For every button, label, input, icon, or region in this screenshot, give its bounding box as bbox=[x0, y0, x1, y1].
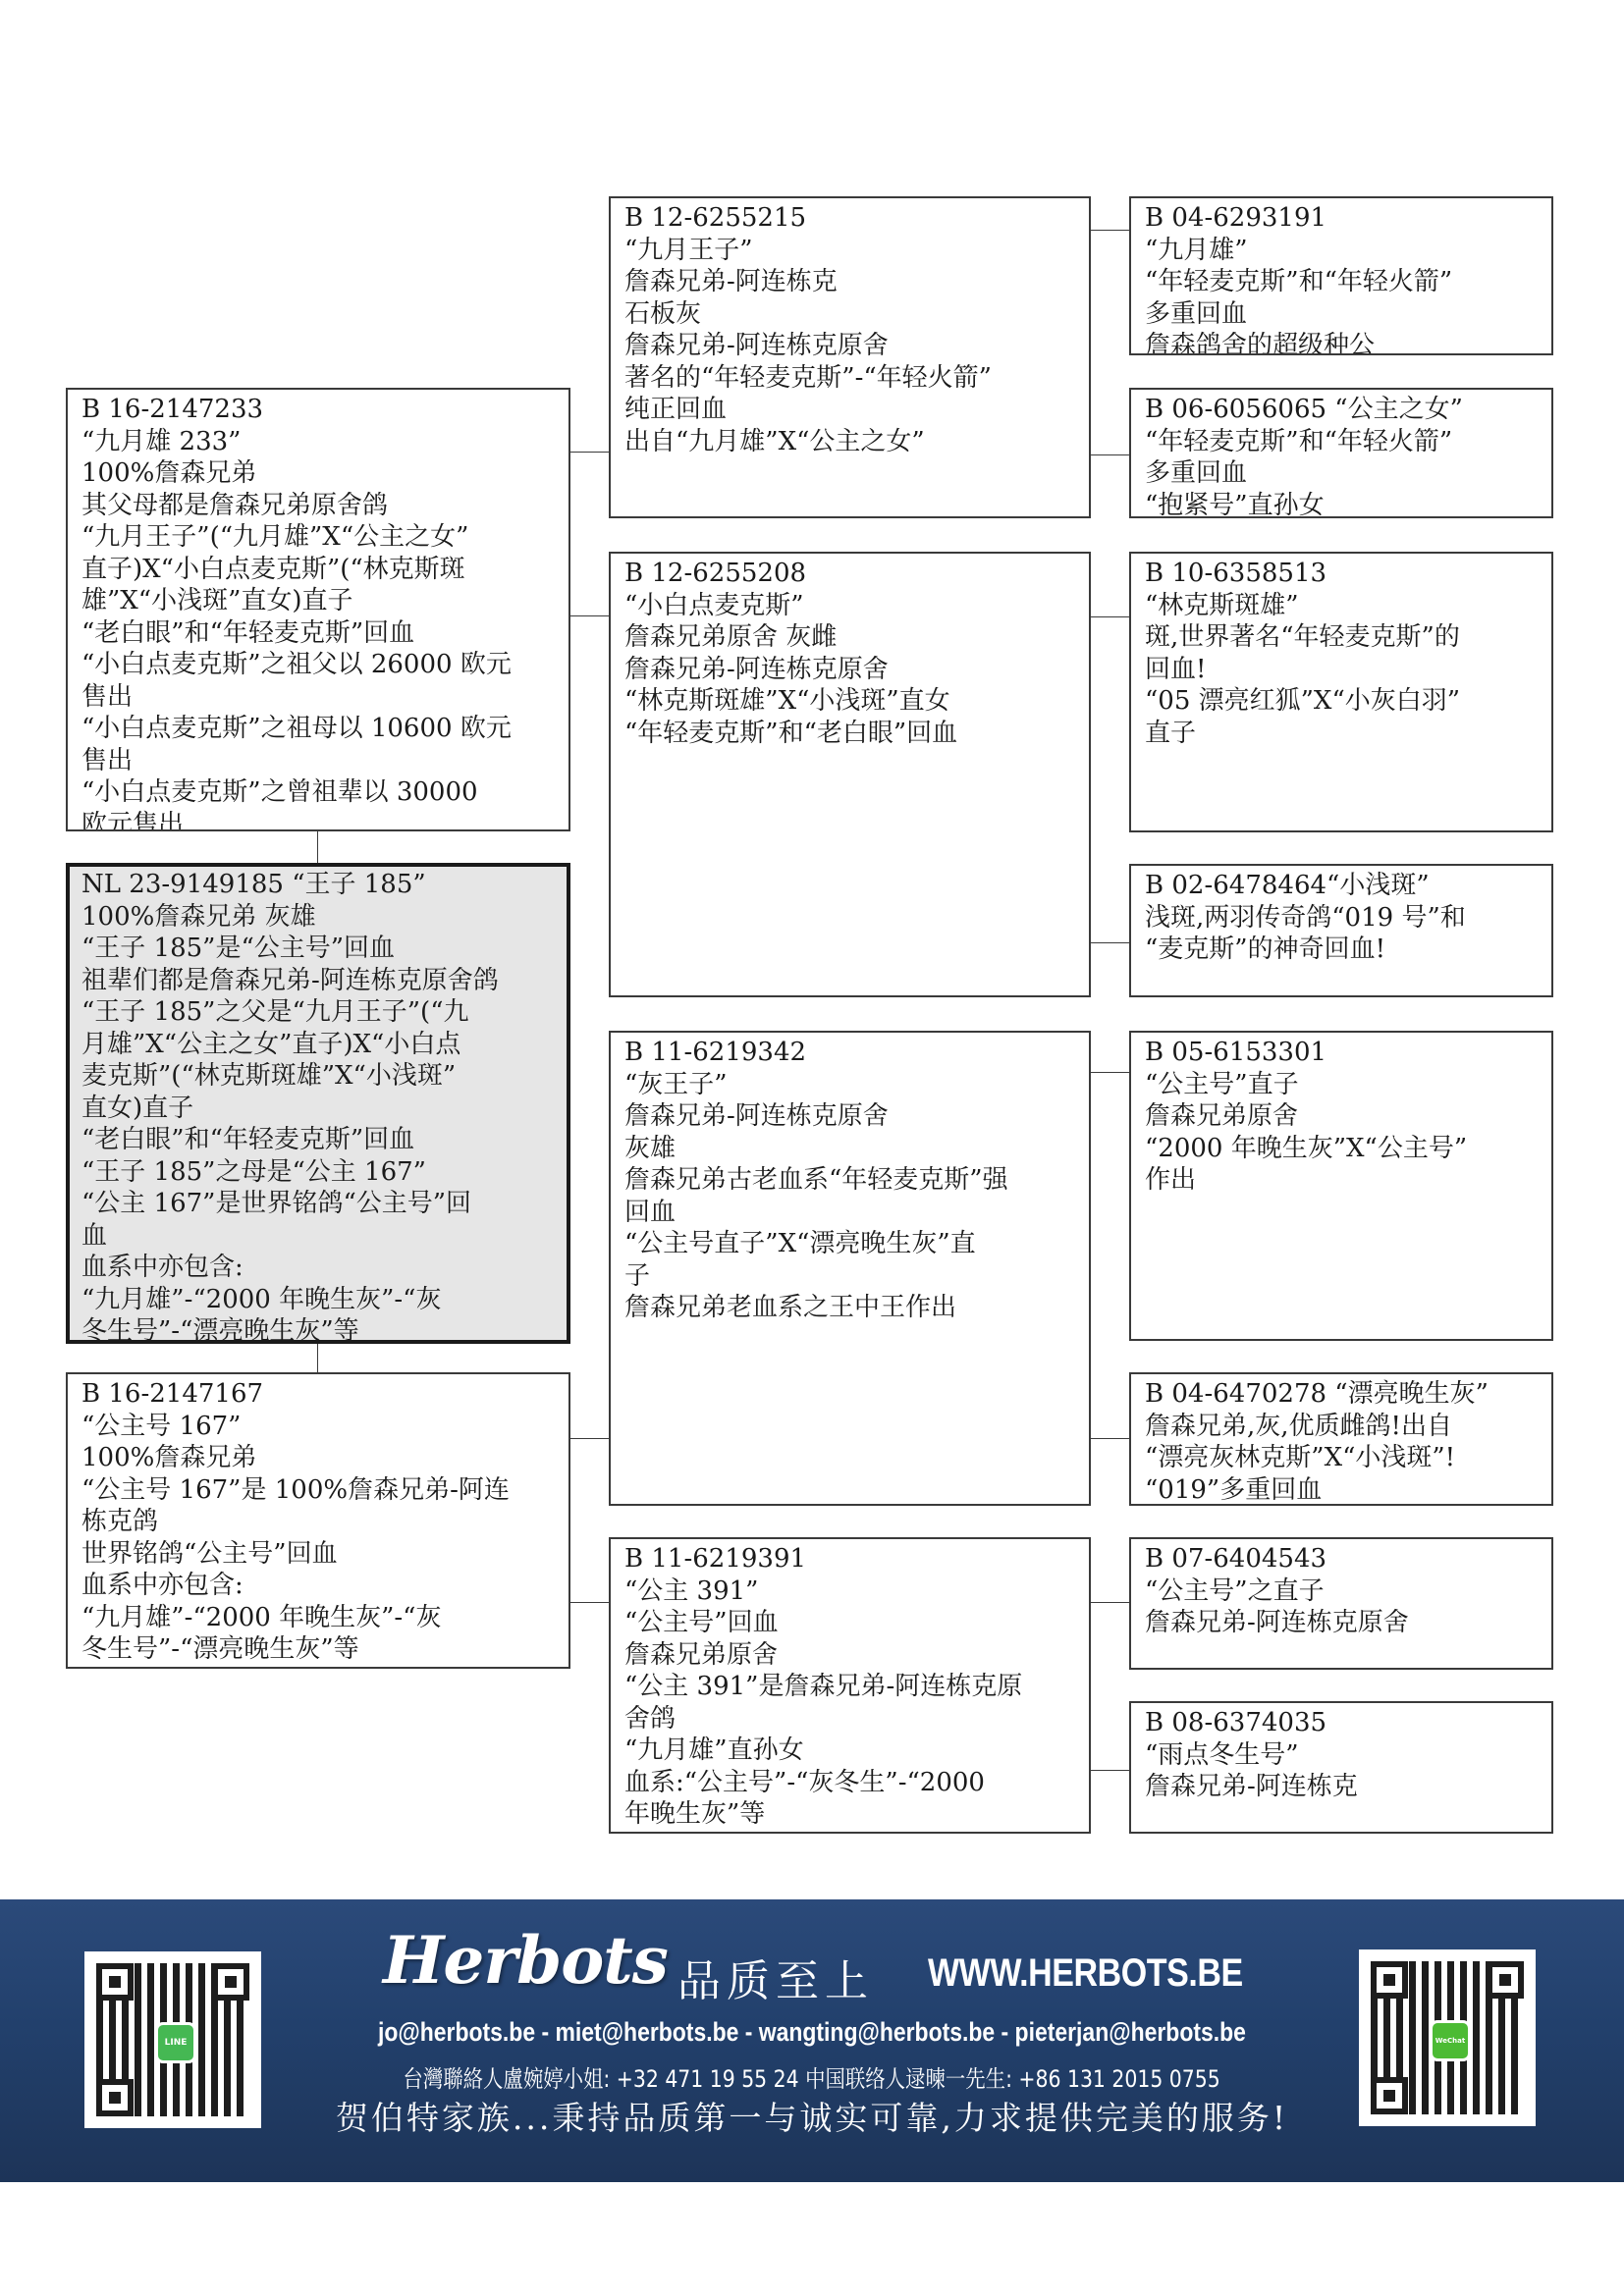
pedigree-line: “九月王子” bbox=[624, 235, 1075, 267]
qr-finder-icon bbox=[1371, 1961, 1408, 1999]
pedigree-line: 詹森兄弟原舍 bbox=[624, 1639, 1075, 1672]
pedigree-line: 麦克斯”(“林克斯斑雄”X“小浅斑” bbox=[81, 1060, 555, 1093]
pedigree-line: B 12-6255215 bbox=[624, 202, 1075, 235]
pedigree-line: 詹森兄弟-阿连栋克原舍 bbox=[624, 654, 1075, 686]
pedigree-line: 年晚生灰”等 bbox=[624, 1798, 1075, 1831]
pedigree-line: 詹森兄弟-阿连栋克原舍 bbox=[1145, 1607, 1538, 1639]
pedigree-line: B 12-6255208 bbox=[624, 558, 1075, 590]
pedigree-line: “林克斯斑雄”X“小浅斑”直女 bbox=[624, 685, 1075, 718]
footer-tagline: 贺伯特家族...秉持品质第一与诚实可靠,力求提供完美的服务! bbox=[0, 2093, 1624, 2139]
pedigree-line: 血系:“公主号”-“灰冬生”-“2000 bbox=[624, 1767, 1075, 1799]
pedigree-line: 冬生号”-“漂亮晚生灰”等 bbox=[81, 1315, 555, 1344]
connector bbox=[317, 1343, 318, 1372]
connector bbox=[569, 452, 609, 453]
pedigree-line: 詹森兄弟,灰,优质雌鸽!出自 bbox=[1145, 1411, 1538, 1443]
pedigree-line: 詹森兄弟-阿连栋克 bbox=[1145, 1771, 1538, 1803]
connector bbox=[1090, 1602, 1129, 1603]
pedigree-line: 作出 bbox=[1145, 1164, 1538, 1197]
connector bbox=[1090, 454, 1129, 455]
pedigree-line: NL 23-9149185 “王子 185” bbox=[81, 869, 555, 901]
pedigree-line: 詹森兄弟老血系之王中王作出 bbox=[624, 1292, 1075, 1324]
pedigree-card-dam: B 16-2147167“公主号 167”100%詹森兄弟“公主号 167”是 … bbox=[66, 1372, 570, 1669]
connector bbox=[569, 1602, 609, 1603]
pedigree-line: 多重回血 bbox=[1145, 298, 1538, 331]
pedigree-line: “雨点冬生号” bbox=[1145, 1739, 1538, 1772]
pedigree-line: 祖辈们都是詹森兄弟-阿连栋克原舍鸽 bbox=[81, 965, 555, 997]
pedigree-line: 月雄”X“公主之女”直子)X“小白点 bbox=[81, 1029, 555, 1061]
connector bbox=[1090, 1438, 1129, 1439]
pedigree-line: 浅斑,两羽传奇鸽“019 号”和 bbox=[1145, 902, 1538, 934]
pedigree-line: 欧元售出 bbox=[81, 809, 555, 832]
pedigree-line: 100%詹森兄弟 bbox=[81, 1442, 555, 1474]
pedigree-card-ds-sire: B 05-6153301“公主号”直子詹森兄弟原舍“2000 年晚生灰”X“公主… bbox=[1129, 1031, 1553, 1341]
pedigree-line: 售出 bbox=[81, 681, 555, 714]
connector bbox=[1090, 616, 1129, 617]
pedigree-line: “年轻麦克斯”和“年轻火箭” bbox=[1145, 426, 1538, 458]
pedigree-line: “019”多重回血 bbox=[1145, 1474, 1538, 1507]
connector bbox=[1090, 230, 1129, 231]
pedigree-card-dd-sire: B 07-6404543“公主号”之直子詹森兄弟-阿连栋克原舍 bbox=[1129, 1537, 1553, 1670]
pedigree-line: B 02-6478464“小浅斑” bbox=[1145, 870, 1538, 902]
pedigree-line: “公主号”之直子 bbox=[1145, 1575, 1538, 1608]
pedigree-card-sire: B 16-2147233“九月雄 233”100%詹森兄弟其父母都是詹森兄弟原舍… bbox=[66, 388, 570, 831]
pedigree-line: 直子 bbox=[1145, 718, 1538, 750]
pedigree-card-subject: NL 23-9149185 “王子 185”100%詹森兄弟 灰雄“王子 185… bbox=[66, 863, 570, 1344]
pedigree-line: 100%詹森兄弟 灰雄 bbox=[81, 901, 555, 934]
pedigree-line: B 11-6219391 bbox=[624, 1543, 1075, 1575]
contact-phones: 台灣聯絡人盧婉婷小姐: +32 471 19 55 24 中国联络人逯暕一先生:… bbox=[0, 2059, 1624, 2094]
pedigree-line: “年轻麦克斯”和“年轻火箭” bbox=[1145, 266, 1538, 298]
pedigree-line: “王子 185”之母是“公主 167” bbox=[81, 1156, 555, 1189]
pedigree-line: “05 漂亮红狐”X“小灰白羽” bbox=[1145, 685, 1538, 718]
pedigree-line: B 16-2147233 bbox=[81, 394, 555, 426]
pedigree-line: B 06-6056065 “公主之女” bbox=[1145, 394, 1538, 426]
connector bbox=[569, 1438, 609, 1439]
pedigree-line: 血系中亦包含: bbox=[81, 1252, 555, 1284]
pedigree-line: 詹森兄弟-阿连栋克原舍 bbox=[624, 330, 1075, 362]
pedigree-line: 血 bbox=[81, 1220, 555, 1253]
pedigree-line: B 10-6358513 bbox=[1145, 558, 1538, 590]
email-links[interactable]: jo@herbots.be - miet@herbots.be - wangti… bbox=[378, 2017, 1246, 2048]
pedigree-line: “小白点麦克斯”之祖母以 10600 欧元 bbox=[81, 713, 555, 745]
pedigree-line: 雄”X“小浅斑”直女)直子 bbox=[81, 585, 555, 617]
pedigree-line: “公主 391” bbox=[624, 1575, 1075, 1608]
pedigree-line: “公主号 167” bbox=[81, 1411, 555, 1443]
pedigree-card-sire-dam: B 12-6255208“小白点麦克斯”詹森兄弟原舍 灰雌詹森兄弟-阿连栋克原舍… bbox=[609, 552, 1091, 997]
pedigree-line: “王子 185”之父是“九月王子”(“九 bbox=[81, 996, 555, 1029]
pedigree-line: “王子 185”是“公主号”回血 bbox=[81, 933, 555, 965]
pedigree-line: “公主号 167”是 100%詹森兄弟-阿连 bbox=[81, 1474, 555, 1507]
pedigree-line: “九月雄 233” bbox=[81, 426, 555, 458]
pedigree-line: 著名的“年轻麦克斯”-“年轻火箭” bbox=[624, 362, 1075, 395]
pedigree-line: B 04-6470278 “漂亮晚生灰” bbox=[1145, 1378, 1538, 1411]
pedigree-line: 詹森鸽舍的超级种公 bbox=[1145, 330, 1538, 355]
pedigree-card-dd-dam: B 08-6374035“雨点冬生号”詹森兄弟-阿连栋克 bbox=[1129, 1701, 1553, 1834]
pedigree-line: 舍鸽 bbox=[624, 1703, 1075, 1735]
pedigree-card-ss-sire: B 04-6293191“九月雄”“年轻麦克斯”和“年轻火箭”多重回血詹森鸽舍的… bbox=[1129, 196, 1553, 355]
pedigree-line: 其父母都是詹森兄弟原舍鸽 bbox=[81, 490, 555, 522]
brand-logo: Herbots bbox=[383, 1922, 668, 1999]
phone-numbers: 台灣聯絡人盧婉婷小姐: +32 471 19 55 24 中国联络人逯暕一先生:… bbox=[404, 2059, 1220, 2094]
pedigree-line: B 04-6293191 bbox=[1145, 202, 1538, 235]
pedigree-line: “老白眼”和“年轻麦克斯”回血 bbox=[81, 1124, 555, 1156]
pedigree-line: 詹森兄弟-阿连栋克原舍 bbox=[624, 1100, 1075, 1133]
contact-emails: jo@herbots.be - miet@herbots.be - wangti… bbox=[0, 2017, 1624, 2048]
pedigree-line: “抱紧号”直孙女 bbox=[1145, 490, 1538, 519]
pedigree-line: 詹森兄弟原舍 bbox=[1145, 1100, 1538, 1133]
website-link[interactable]: WWW.HERBOTS.BE bbox=[928, 1951, 1243, 1996]
pedigree-line: “九月雄”直孙女 bbox=[624, 1735, 1075, 1767]
connector bbox=[317, 830, 318, 864]
pedigree-line: 灰雄 bbox=[624, 1133, 1075, 1165]
pedigree-line: 世界铭鸽“公主号”回血 bbox=[81, 1538, 555, 1571]
pedigree-line: “公主号直子”X“漂亮晚生灰”直 bbox=[624, 1228, 1075, 1260]
pedigree-line: “漂亮灰林克斯”X“小浅斑”! bbox=[1145, 1442, 1538, 1474]
pedigree-line: 詹森兄弟原舍 灰雌 bbox=[624, 621, 1075, 654]
pedigree-card-ss-dam: B 06-6056065 “公主之女”“年轻麦克斯”和“年轻火箭”多重回血“抱紧… bbox=[1129, 388, 1553, 518]
pedigree-line: 冬生号”-“漂亮晚生灰”等 bbox=[81, 1633, 555, 1666]
pedigree-line: 售出 bbox=[81, 745, 555, 777]
pedigree-line: 出自“九月雄”X“公主之女” bbox=[624, 426, 1075, 458]
connector bbox=[1090, 942, 1129, 943]
pedigree-line: “公主 391”是詹森兄弟-阿连栋克原 bbox=[624, 1671, 1075, 1703]
qr-finder-icon bbox=[1487, 1961, 1524, 1999]
pedigree-line: 纯正回血 bbox=[624, 394, 1075, 426]
pedigree-card-sd-sire: B 10-6358513“林克斯斑雄”斑,世界著名“年轻麦克斯”的回血!“05 … bbox=[1129, 552, 1553, 832]
pedigree-line: “林克斯斑雄” bbox=[1145, 590, 1538, 622]
pedigree-line: 栋克鸽 bbox=[81, 1506, 555, 1538]
pedigree-line: “九月雄”-“2000 年晚生灰”-“灰 bbox=[81, 1602, 555, 1634]
pedigree-line: B 08-6374035 bbox=[1145, 1707, 1538, 1739]
pedigree-card-ds-dam: B 04-6470278 “漂亮晚生灰”詹森兄弟,灰,优质雌鸽!出自“漂亮灰林克… bbox=[1129, 1372, 1553, 1506]
qr-finder-icon bbox=[96, 1963, 134, 2001]
pedigree-card-dam-sire: B 11-6219342“灰王子”詹森兄弟-阿连栋克原舍灰雄詹森兄弟古老血系“年… bbox=[609, 1031, 1091, 1506]
pedigree-line: B 07-6404543 bbox=[1145, 1543, 1538, 1575]
pedigree-line: “公主 167”是世界铭鸽“公主号”回 bbox=[81, 1188, 555, 1220]
pedigree-line: “年轻麦克斯”和“老白眼”回血 bbox=[624, 718, 1075, 750]
qr-finder-icon bbox=[212, 1963, 249, 2001]
brand-slogan: 品质至上 bbox=[677, 1946, 874, 2008]
pedigree-line: “九月王子”(“九月雄”X“公主之女” bbox=[81, 521, 555, 554]
pedigree-line: 直子)X“小白点麦克斯”(“林克斯斑 bbox=[81, 554, 555, 586]
pedigree-line: “九月雄” bbox=[1145, 235, 1538, 267]
pedigree-line: 血系中亦包含: bbox=[81, 1570, 555, 1602]
pedigree-line: 直女)直子 bbox=[81, 1093, 555, 1125]
pedigree-line: 100%詹森兄弟 bbox=[81, 457, 555, 490]
pedigree-line: 多重回血 bbox=[1145, 457, 1538, 490]
pedigree-line: 回血! bbox=[1145, 654, 1538, 686]
pedigree-line: “麦克斯”的神奇回血! bbox=[1145, 934, 1538, 966]
pedigree-line: 詹森兄弟古老血系“年轻麦克斯”强 bbox=[624, 1164, 1075, 1197]
pedigree-line: “灰王子” bbox=[624, 1069, 1075, 1101]
pedigree-line: 斑,世界著名“年轻麦克斯”的 bbox=[1145, 621, 1538, 654]
pedigree-card-sd-dam: B 02-6478464“小浅斑”浅斑,两羽传奇鸽“019 号”和“麦克斯”的神… bbox=[1129, 864, 1553, 997]
pedigree-line: “九月雄”-“2000 年晚生灰”-“灰 bbox=[81, 1284, 555, 1316]
connector bbox=[569, 615, 609, 616]
pedigree-line: B 11-6219342 bbox=[624, 1037, 1075, 1069]
connector bbox=[1090, 1770, 1129, 1771]
pedigree-line: “公主号”回血 bbox=[624, 1607, 1075, 1639]
connector bbox=[1090, 1072, 1129, 1073]
pedigree-line: “小白点麦克斯” bbox=[624, 590, 1075, 622]
pedigree-line: 子 bbox=[624, 1260, 1075, 1293]
pedigree-line: “2000 年晚生灰”X“公主号” bbox=[1145, 1133, 1538, 1165]
pedigree-line: “公主号”直子 bbox=[1145, 1069, 1538, 1101]
pedigree-line: B 16-2147167 bbox=[81, 1378, 555, 1411]
pedigree-line: “老白眼”和“年轻麦克斯”回血 bbox=[81, 617, 555, 650]
pedigree-card-sire-sire: B 12-6255215“九月王子”詹森兄弟-阿连栋克石板灰詹森兄弟-阿连栋克原… bbox=[609, 196, 1091, 518]
pedigree-line: 詹森兄弟-阿连栋克 bbox=[624, 266, 1075, 298]
pedigree-line: 回血 bbox=[624, 1197, 1075, 1229]
pedigree-line: “小白点麦克斯”之曾祖辈以 30000 bbox=[81, 776, 555, 809]
pedigree-line: “小白点麦克斯”之祖父以 26000 欧元 bbox=[81, 649, 555, 681]
pedigree-line: B 05-6153301 bbox=[1145, 1037, 1538, 1069]
pedigree-line: 石板灰 bbox=[624, 298, 1075, 331]
pedigree-card-dam-dam: B 11-6219391“公主 391”“公主号”回血詹森兄弟原舍“公主 391… bbox=[609, 1537, 1091, 1834]
